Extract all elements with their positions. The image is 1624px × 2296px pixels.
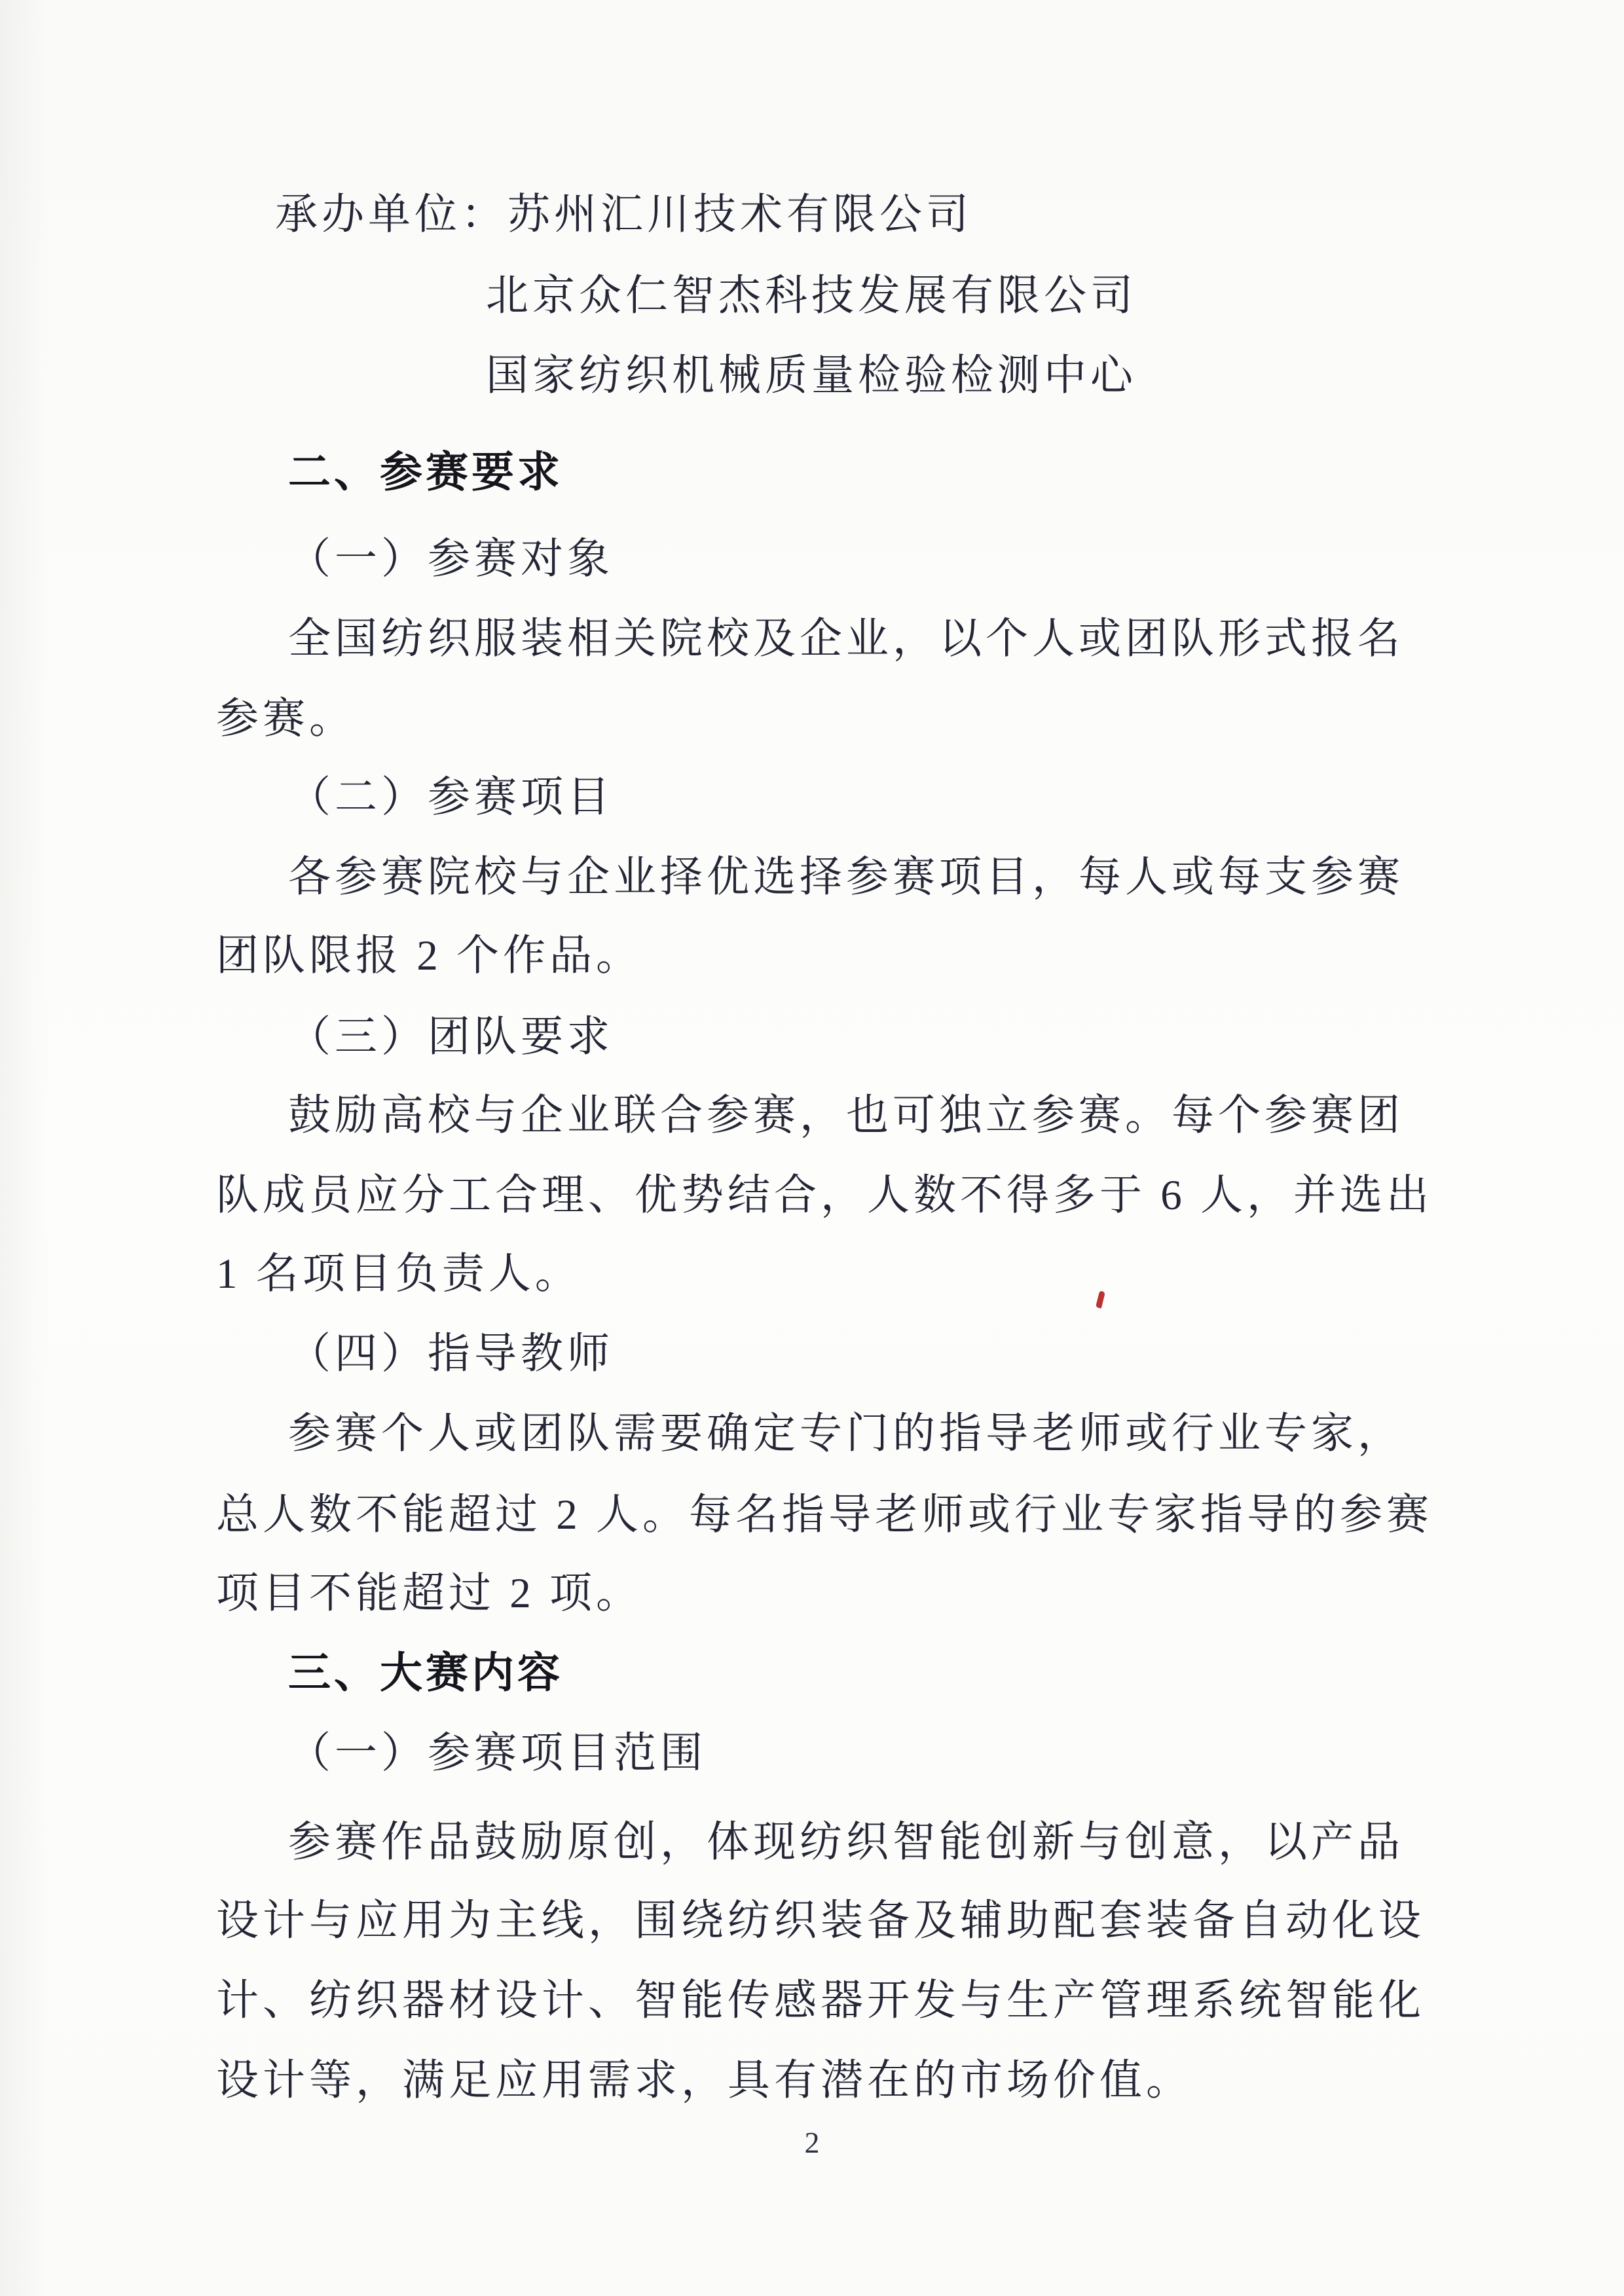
paragraph-line: 参赛作品鼓励原创，体现纺织智能创新与创意，以产品 — [288, 1821, 1404, 1864]
paragraph-line: 设计与应用为主线，围绕纺织装备及辅助配套装备自动化设 — [216, 1900, 1425, 1942]
paragraph-line: 队成员应分工合理、优势结合，人数不得多于 6 人，并选出 — [216, 1175, 1433, 1217]
organizer-line: 承办单位：苏州汇川技术有限公司 — [275, 194, 972, 236]
paragraph-line: 总人数不能超过 2 人。每名指导老师或行业专家指导的参赛 — [216, 1494, 1433, 1537]
paragraph-line: 参赛。 — [216, 698, 356, 740]
scanned-document-page: { "page": { "number": "2" }, "colors": {… — [0, 0, 1624, 2296]
section-heading-2: 二、参赛要求 — [288, 450, 563, 493]
paragraph-line: 参赛个人或团队需要确定专门的指导老师或行业专家， — [288, 1413, 1404, 1455]
paragraph-line: 计、纺织器材设计、智能传感器开发与生产管理系统智能化 — [216, 1980, 1425, 2022]
paragraph-line: 团队限报 2 个作品。 — [216, 935, 642, 977]
paragraph-line: 项目不能超过 2 项。 — [216, 1573, 642, 1615]
section-heading-3: 三、大赛内容 — [288, 1651, 563, 1694]
organizer-unit-2: 北京众仁智杰科技发展有限公司 — [486, 275, 1137, 318]
subsection-heading: （一）参赛项目范围 — [288, 1732, 707, 1775]
paragraph-line: 设计等，满足应用需求，具有潜在的市场价值。 — [216, 2060, 1192, 2102]
subsection-heading: （四）指导教师 — [288, 1333, 614, 1376]
organizer-unit-3: 国家纺织机械质量检验检测中心 — [486, 355, 1137, 397]
paper-background — [0, 0, 1624, 2296]
paragraph-line: 1 名项目负责人。 — [216, 1253, 581, 1296]
subsection-heading: （二）参赛项目 — [288, 776, 614, 819]
page-number: 2 — [0, 2125, 1624, 2160]
subsection-heading: （三）团队要求 — [288, 1016, 614, 1059]
subsection-heading: （一）参赛对象 — [288, 538, 614, 581]
paragraph-line: 鼓励高校与企业联合参赛，也可独立参赛。每个参赛团 — [288, 1095, 1404, 1137]
paragraph-line: 全国纺织服装相关院校及企业，以个人或团队形式报名 — [288, 618, 1404, 661]
paragraph-line: 各参赛院校与企业择优选择参赛项目，每人或每支参赛 — [288, 856, 1404, 899]
